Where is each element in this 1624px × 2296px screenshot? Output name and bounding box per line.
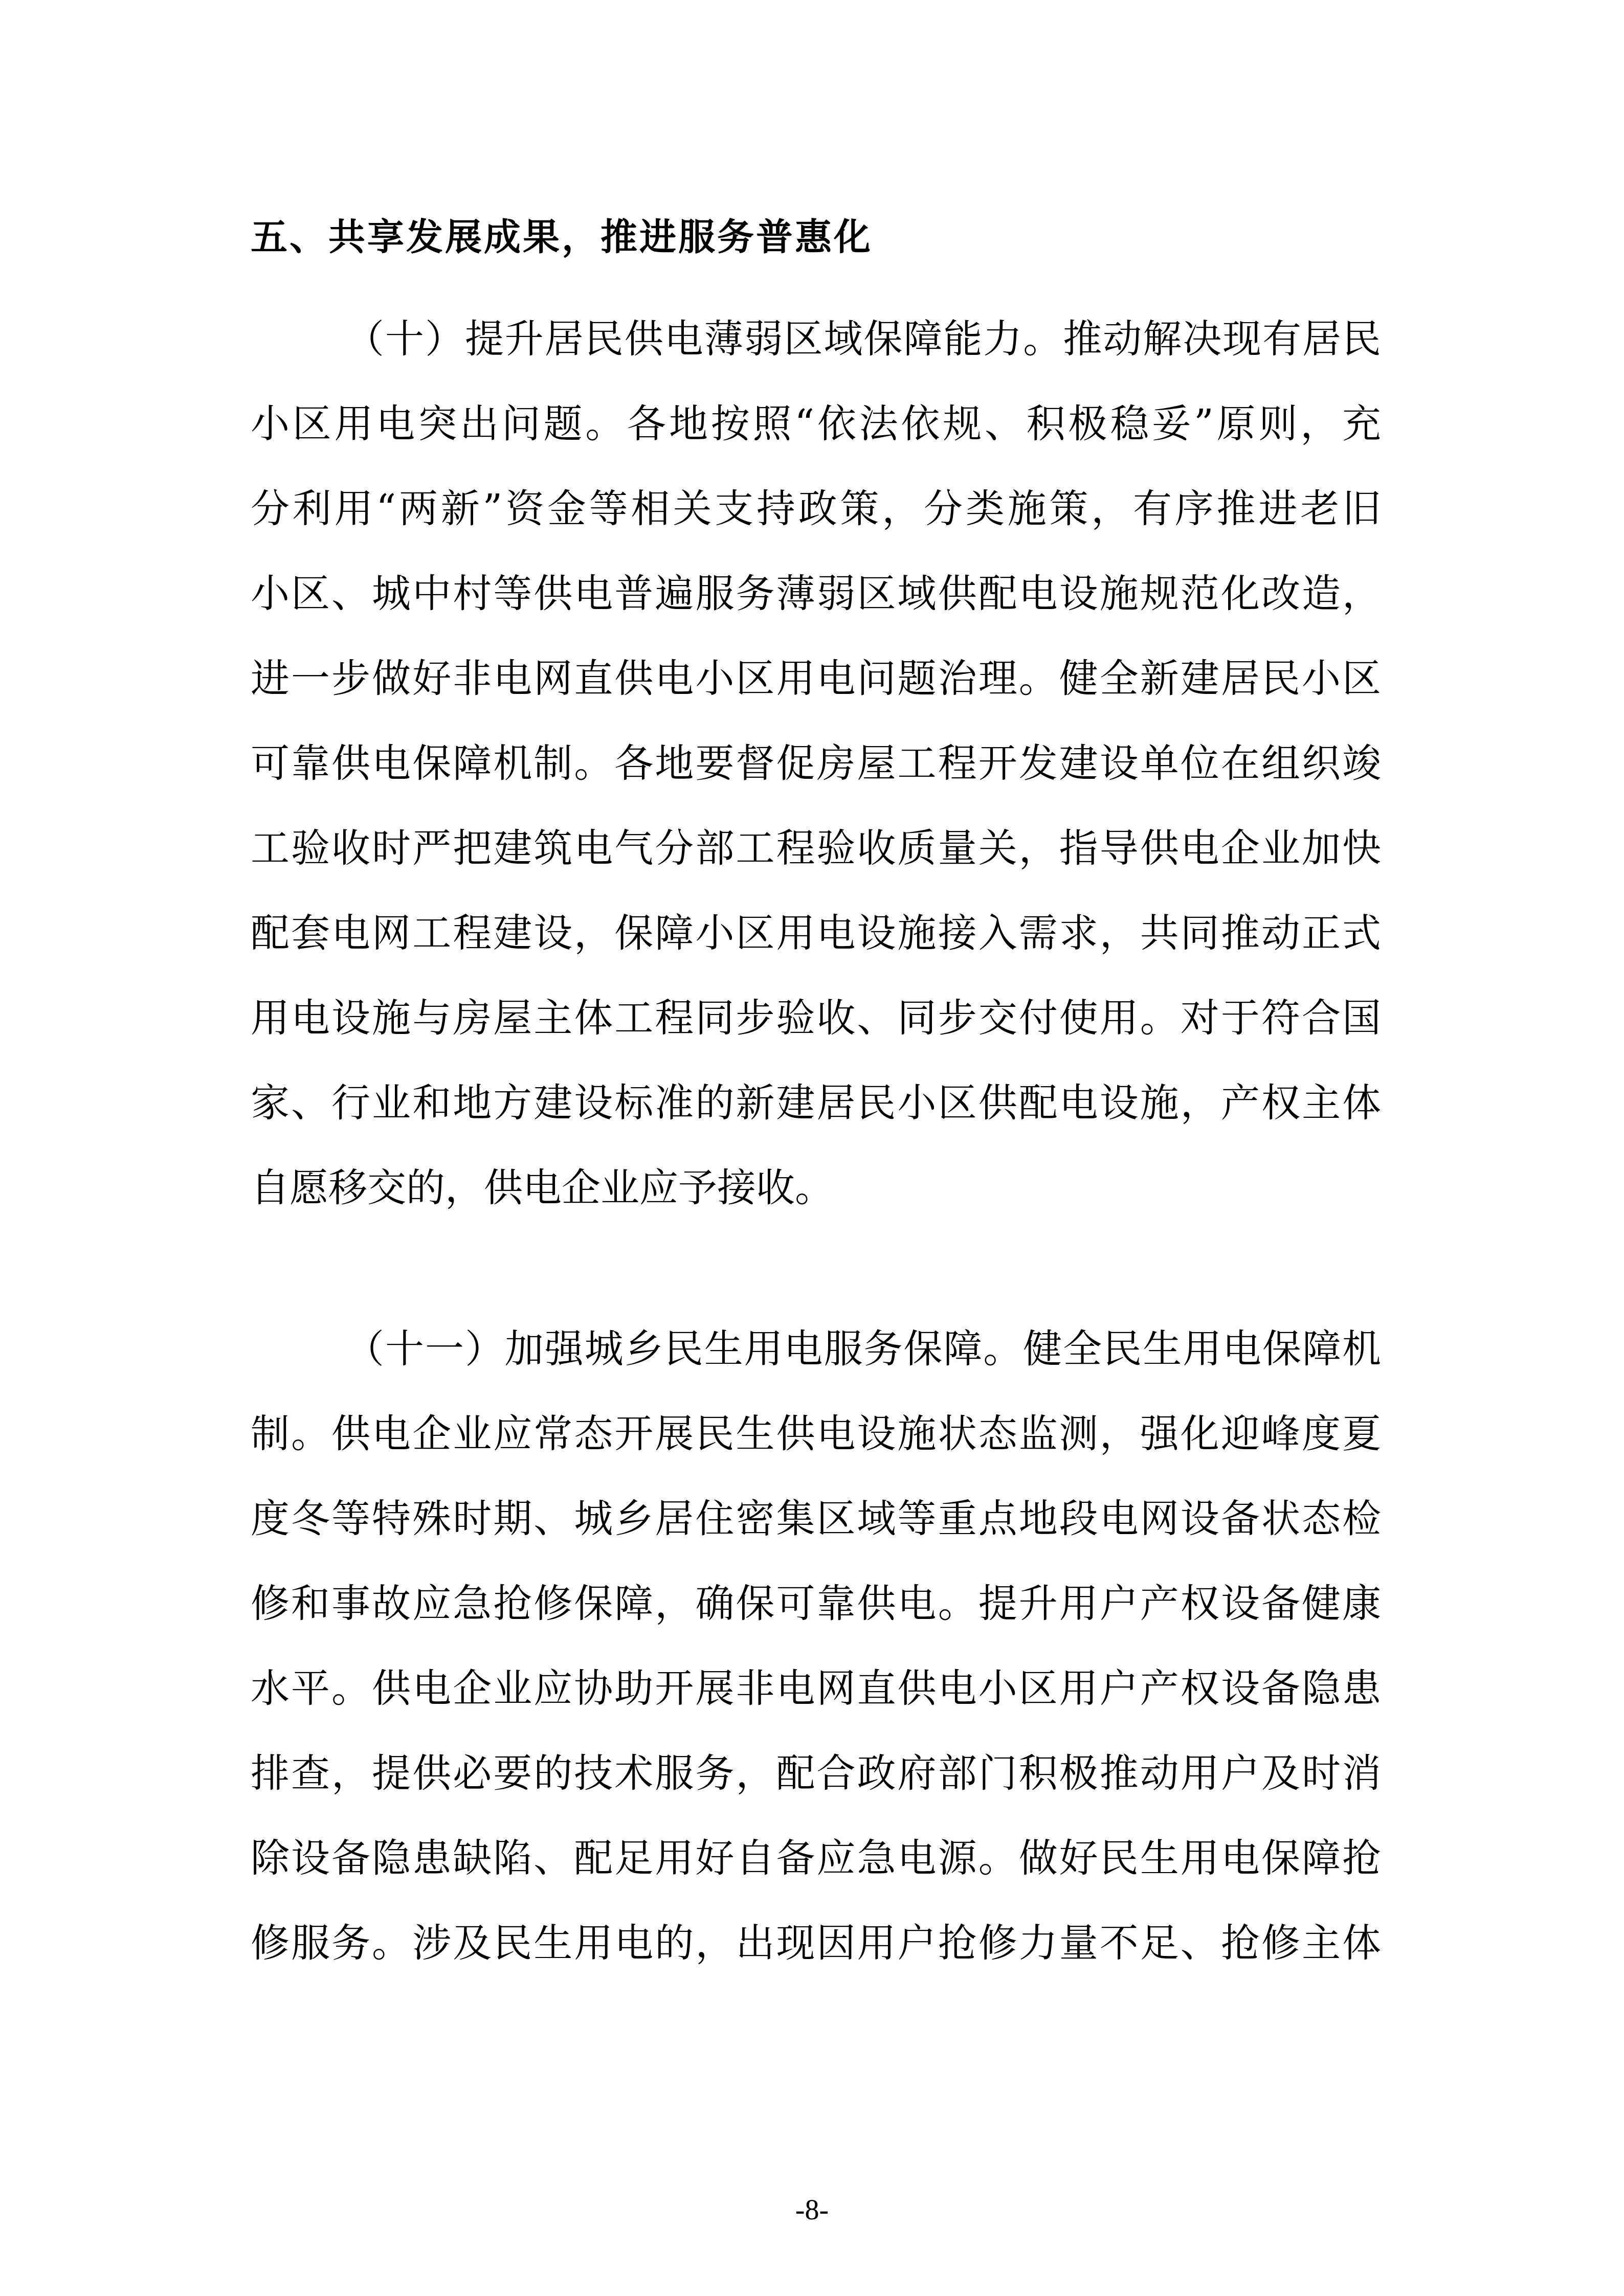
text-line: 用电设施与房屋主体工程同步验收、同步交付使用。对于符合国 bbox=[251, 976, 1381, 1061]
text-line: 工验收时严把建筑电气分部工程验收质量关，指导供电企业加快 bbox=[251, 806, 1381, 891]
text-line: 分利用“两新”资金等相关支持政策，分类施策，有序推进老旧 bbox=[251, 466, 1381, 551]
text-line: 可靠供电保障机制。各地要督促房屋工程开发建设单位在组织竣 bbox=[251, 721, 1381, 806]
text-line: 排查，提供必要的技术服务，配合政府部门积极推动用户及时消 bbox=[251, 1731, 1381, 1816]
text-line: 小区用电突出问题。各地按照“依法依规、积极稳妥”原则，充 bbox=[251, 381, 1381, 466]
text-line: 除设备隐患缺陷、配足用好自备应急电源。做好民生用电保障抢 bbox=[251, 1816, 1381, 1901]
text-line: 家、行业和地方建设标准的新建居民小区供配电设施，产权主体 bbox=[251, 1061, 1381, 1145]
text-line: 小区、城中村等供电普遍服务薄弱区域供配电设施规范化改造， bbox=[251, 551, 1381, 636]
section-heading: 五、共享发展成果，推进服务普惠化 bbox=[251, 207, 873, 260]
text-line: 修和事故应急抢修保障，确保可靠供电。提升用户产权设备健康 bbox=[251, 1561, 1381, 1646]
paragraph-11: （十一）加强城乡民生用电服务保障。健全民生用电保障机 制。供电企业应常态开展民生… bbox=[251, 1307, 1381, 1986]
text-line: 修服务。涉及民生用电的，出现因用户抢修力量不足、抢修主体 bbox=[251, 1901, 1381, 1986]
paragraph-10: （十）提升居民供电薄弱区域保障能力。推动解决现有居民 小区用电突出问题。各地按照… bbox=[251, 297, 1381, 1230]
text-line: 水平。供电企业应协助开展非电网直供电小区用户产权设备隐患 bbox=[251, 1646, 1381, 1731]
text-line: 配套电网工程建设，保障小区用电设施接入需求，共同推动正式 bbox=[251, 891, 1381, 976]
page-number: -8- bbox=[0, 2194, 1624, 2226]
text-line: 进一步做好非电网直供电小区用电问题治理。健全新建居民小区 bbox=[251, 636, 1381, 721]
text-line: （十）提升居民供电薄弱区域保障能力。推动解决现有居民 bbox=[251, 297, 1381, 381]
text-line: 制。供电企业应常态开展民生供电设施状态监测，强化迎峰度夏 bbox=[251, 1391, 1381, 1476]
text-line: 度冬等特殊时期、城乡居住密集区域等重点地段电网设备状态检 bbox=[251, 1476, 1381, 1561]
text-line: （十一）加强城乡民生用电服务保障。健全民生用电保障机 bbox=[251, 1307, 1381, 1391]
text-line: 自愿移交的，供电企业应予接收。 bbox=[251, 1145, 1381, 1230]
